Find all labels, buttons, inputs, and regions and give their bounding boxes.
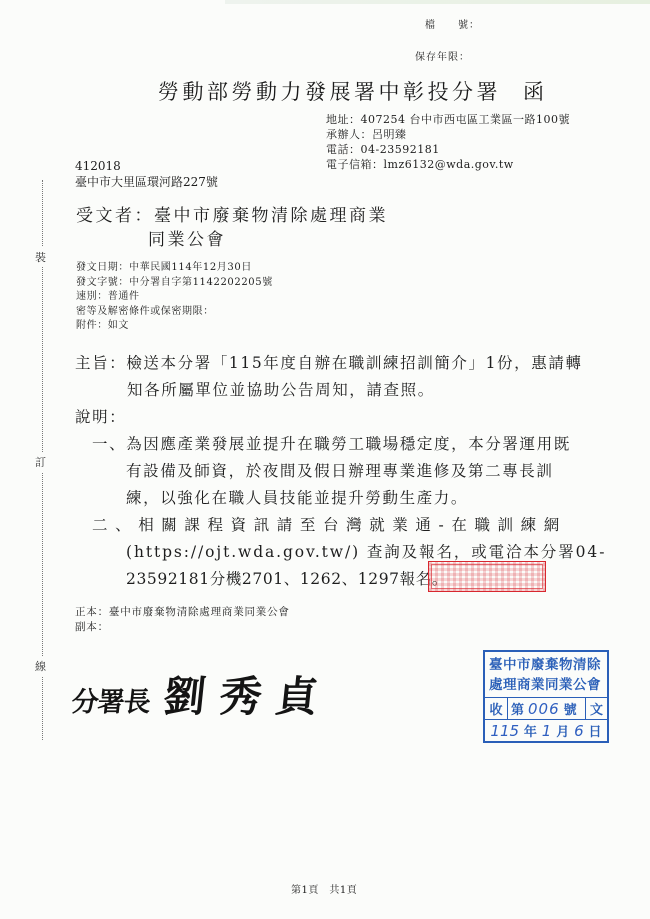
- agency-name: 勞動部勞動力發展署中彰投分署: [158, 80, 501, 104]
- recipient-address: 412018 臺中市大里區環河路227號: [75, 158, 218, 190]
- stamp-doc-label: 文: [585, 698, 607, 719]
- postal-code: 412018: [75, 158, 218, 174]
- signature: 分署長劉秀貞: [72, 664, 332, 724]
- item-2-marker: 二、: [92, 516, 138, 534]
- handler: 承辦人：呂明臻: [326, 127, 570, 142]
- recipient-street: 臺中市大里區環河路227號: [75, 174, 218, 190]
- duplicate-copy: 副本：: [75, 620, 290, 635]
- issue-date: 發文日期：中華民國114年12月30日: [76, 261, 273, 276]
- subject-line2: 知各所屬單位並協助公告周知，請查照。: [75, 377, 583, 404]
- receiver-name-line2: 同業公會: [76, 228, 388, 252]
- original-copy: 正本：臺中市廢棄物清除處理商業同業公會: [75, 605, 290, 620]
- email: 電子信箱：lmz6132@wda.gov.tw: [326, 157, 570, 172]
- attachment: 附件：如文: [76, 319, 273, 334]
- stamp-year: 115: [490, 722, 519, 740]
- binding-mark-3: 線: [35, 656, 46, 676]
- explanation-label: 說明：: [75, 404, 126, 431]
- stamp-day: 6: [574, 722, 584, 740]
- stamp-receive-label: 收: [485, 698, 507, 719]
- stamp-number-handwritten: 006: [528, 700, 560, 718]
- receiver: 受文者：臺中市廢棄物清除處理商業 同業公會: [76, 204, 388, 252]
- item-2-line-1: 相關課程資訊請至台灣就業通-在職訓練網: [138, 516, 567, 534]
- file-number-label: 檔 號：: [425, 16, 480, 31]
- phone: 電話：04-23592181: [326, 142, 570, 157]
- document-info: 發文日期：中華民國114年12月30日 發文字號：中分署自字第114220220…: [76, 261, 273, 334]
- explanation-item-1: 一、為因應產業發展並提升在職勞工職場穩定度，本分署運用既 有設備及師資，於夜間及…: [92, 431, 571, 512]
- stamp-org-line1: 臺中市廢棄物清除: [489, 655, 601, 675]
- item-1-line-2: 有設備及師資，於夜間及假日辦理專業進修及第二專長訓: [92, 458, 571, 485]
- stamp-date-row: 115 年 1 月 6 日: [485, 719, 607, 741]
- stamp-month: 1: [542, 722, 552, 740]
- sender-address: 地址：407254 台中市西屯區工業區一路100號: [326, 112, 570, 127]
- sender-contact: 地址：407254 台中市西屯區工業區一路100號 承辦人：呂明臻 電話：04-…: [326, 112, 570, 172]
- stamp-org-name: 臺中市廢棄物清除 處理商業同業公會: [485, 652, 607, 697]
- subject-label: 主旨：: [75, 354, 126, 372]
- item-1-line-1: 為因應產業發展並提升在職勞工職場穩定度，本分署運用既: [126, 435, 571, 453]
- stamp-day-label: 日: [588, 721, 601, 740]
- delivery-speed: 速別：普通件: [76, 290, 273, 305]
- copies: 正本：臺中市廢棄物清除處理商業同業公會 副本：: [75, 605, 290, 635]
- page-number: 第1頁 共1頁: [291, 881, 357, 896]
- document-type: 函: [523, 80, 548, 104]
- stamp-number-cell: 第 006 號: [507, 698, 585, 719]
- confidentiality: 密等及解密條件或保密期限：: [76, 305, 273, 320]
- item-1-marker: 一、: [92, 435, 126, 453]
- item-1-line-3: 練，以強化在職人員技能並提升勞動生產力。: [92, 485, 571, 512]
- stamp-number-row: 收 第 006 號 文: [485, 697, 607, 719]
- stamp-month-label: 月: [556, 721, 569, 740]
- subject-line1: 檢送本分署「115年度自辦在職訓練招訓簡介」1份，惠請轉: [126, 354, 582, 372]
- binding-mark-1: 裝: [35, 247, 46, 267]
- stamp-number-prefix: 第: [511, 699, 524, 718]
- official-seal-stamp: [428, 561, 546, 592]
- stamp-year-label: 年: [524, 721, 537, 740]
- scan-edge: [225, 0, 650, 4]
- retention-period-label: 保存年限：: [415, 48, 470, 63]
- signature-name: 劉秀貞: [161, 664, 335, 724]
- receiver-name-line1: 臺中市廢棄物清除處理商業: [154, 206, 388, 226]
- binding-mark-2: 訂: [35, 452, 46, 472]
- receipt-stamp: 臺中市廢棄物清除 處理商業同業公會 收 第 006 號 文 115 年 1 月 …: [483, 650, 609, 743]
- stamp-number-suffix: 號: [564, 699, 577, 718]
- stamp-org-line2: 處理商業同業公會: [489, 675, 601, 695]
- signature-title: 分署長: [70, 680, 152, 719]
- subject: 主旨：檢送本分署「115年度自辦在職訓練招訓簡介」1份，惠請轉 知各所屬單位並協…: [75, 350, 583, 404]
- receiver-label: 受文者：: [76, 206, 154, 226]
- document-title: 勞動部勞動力發展署中彰投分署函: [158, 76, 548, 106]
- issue-number: 發文字號：中分署自字第1142202205號: [76, 276, 273, 291]
